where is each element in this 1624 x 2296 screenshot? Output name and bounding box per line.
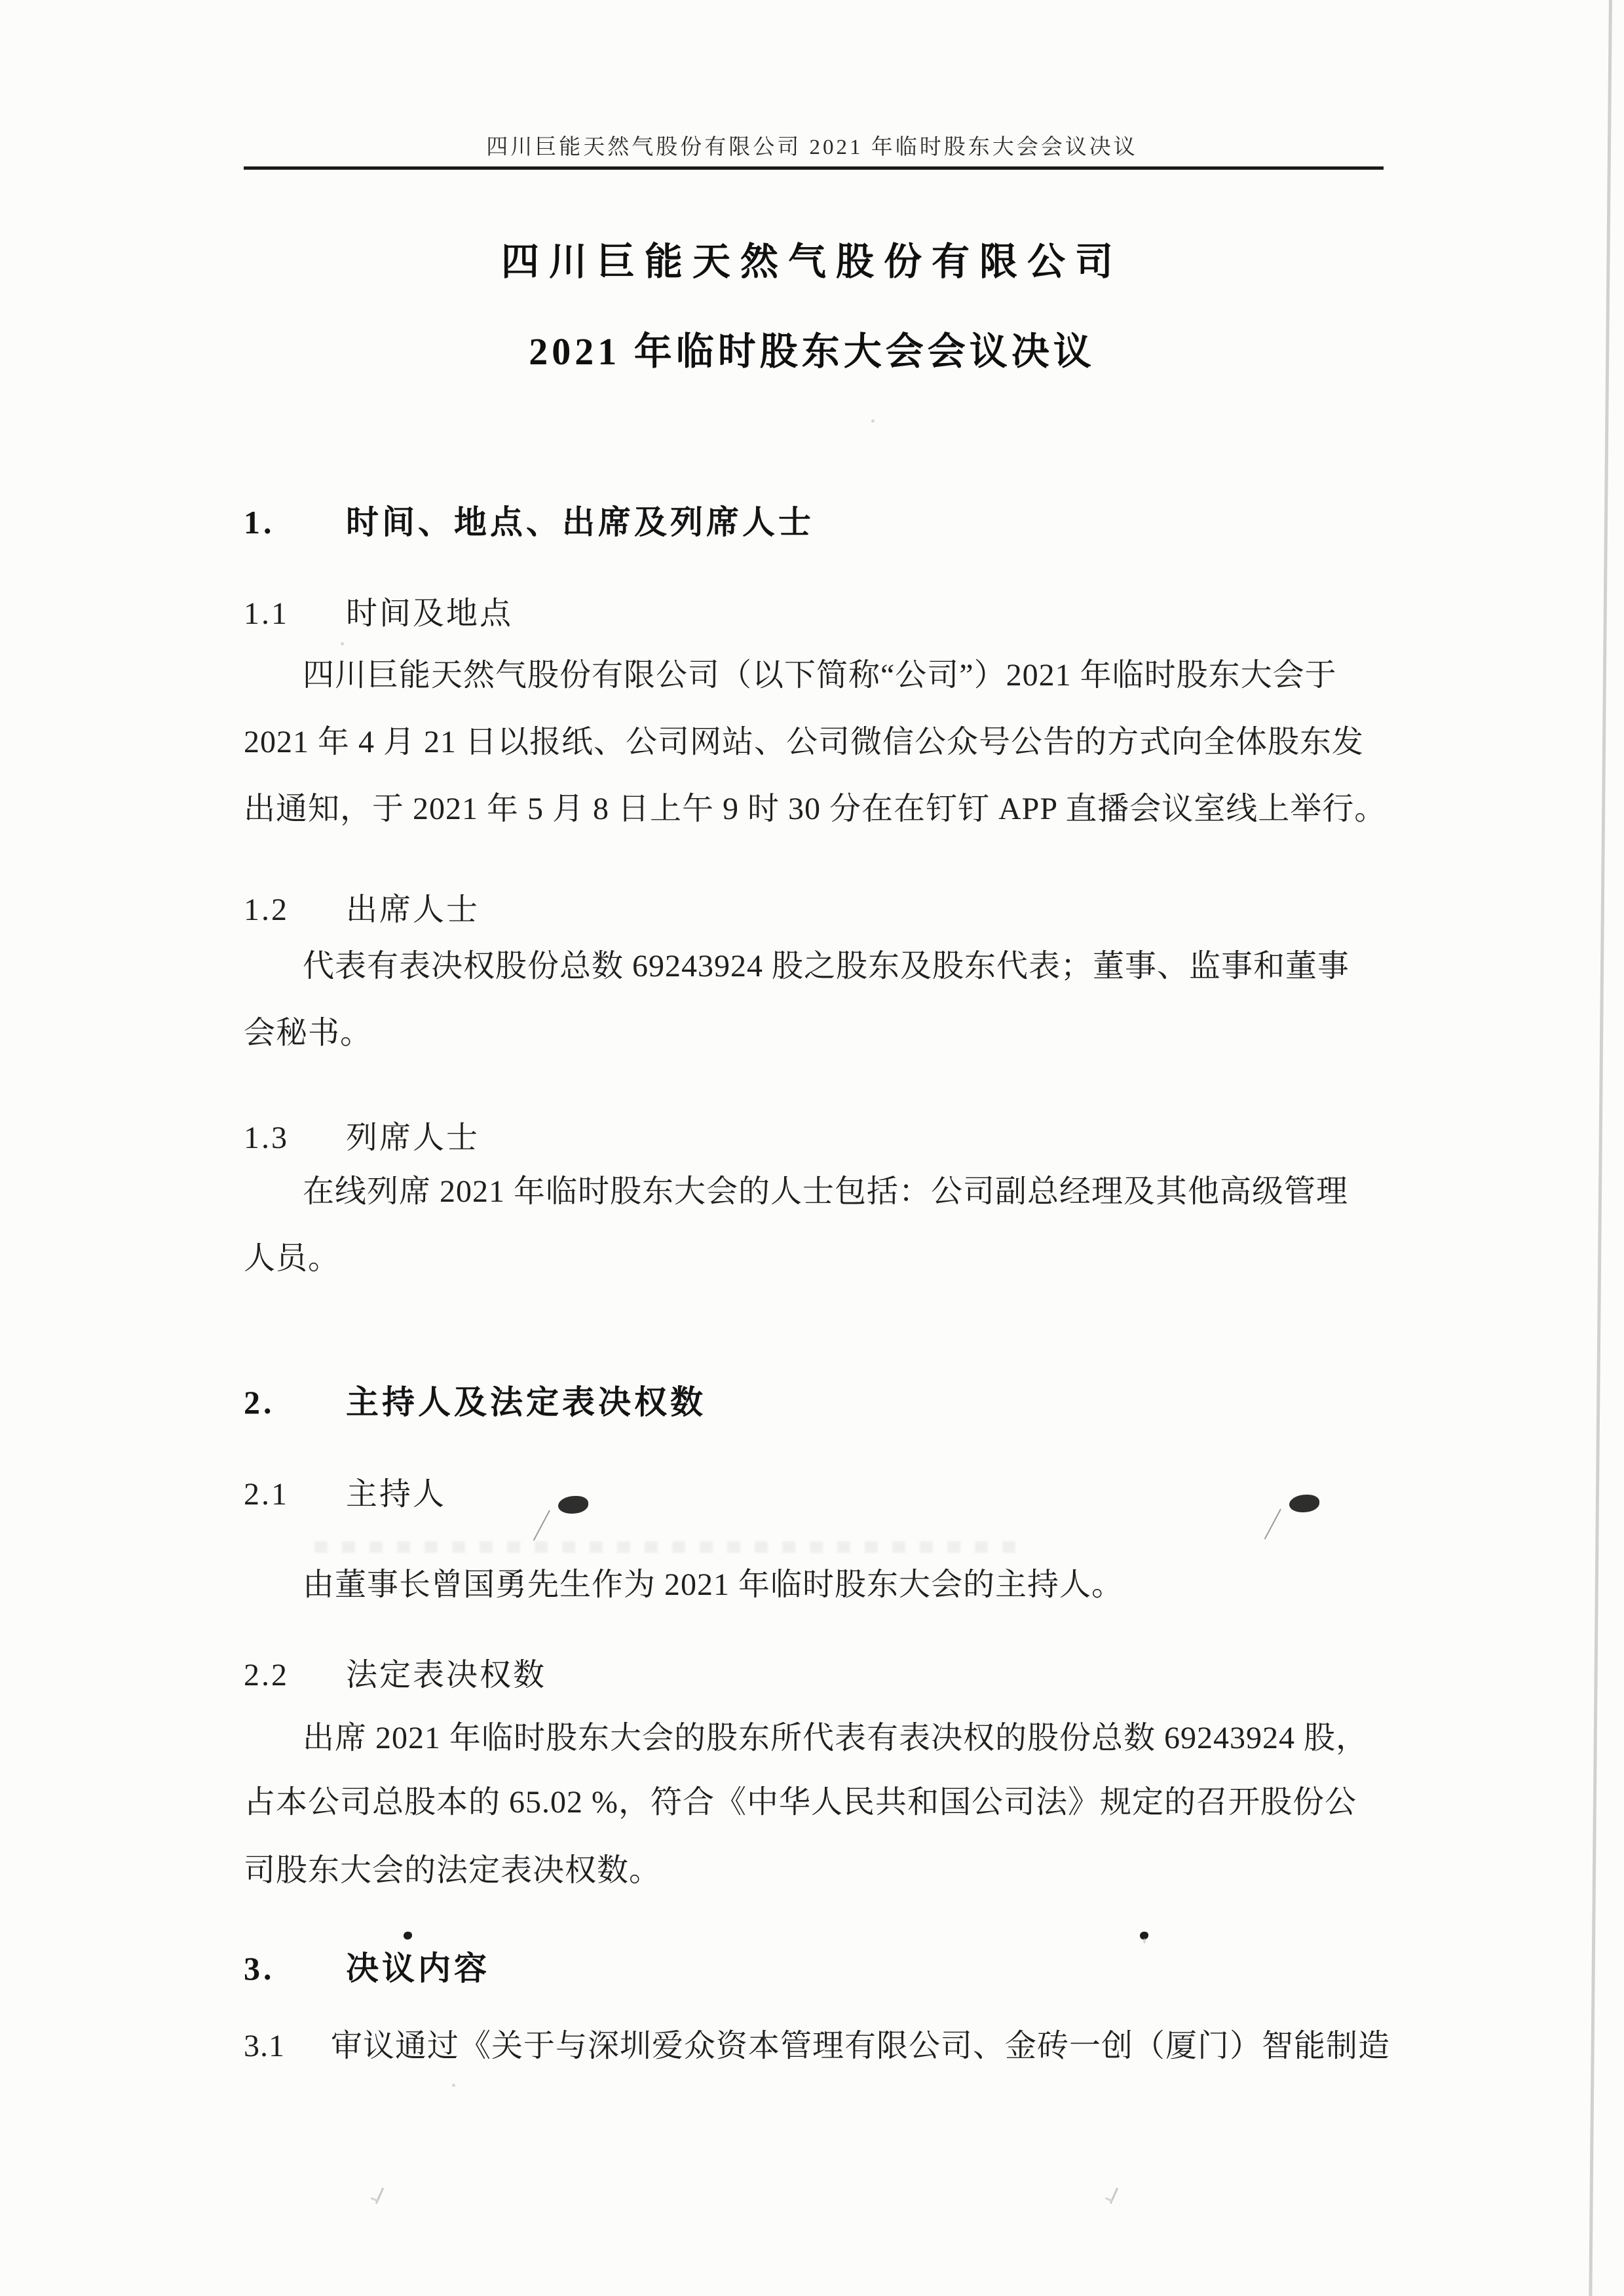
section-3-1-line: 3.1审议通过《关于与深圳爱众资本管理有限公司、金砖一创（厦门）智能制造 <box>244 2026 1390 2067</box>
faint-mark <box>1110 2188 1118 2204</box>
section-2-1-heading: 2.1主持人 <box>244 1468 446 1514</box>
speck <box>452 2084 455 2087</box>
section-1-3-number: 1.3 <box>244 1120 346 1156</box>
ink-smudge <box>1289 1495 1319 1512</box>
paragraph-line: 四川巨能天然气股份有限公司（以下简称“公司”）2021 年临时股东大会于 <box>303 655 1337 696</box>
section-2-2-heading: 2.2法定表决权数 <box>244 1649 546 1694</box>
speck <box>1143 1938 1146 1943</box>
ink-smudge <box>558 1496 588 1514</box>
section-2-2-number: 2.2 <box>244 1657 346 1693</box>
section-1-number: 1. <box>244 503 346 541</box>
section-1-heading: 1.时间、地点、出席及列席人士 <box>244 496 814 543</box>
running-header: 四川巨能天然气股份有限公司 2021 年临时股东大会会议决议 <box>0 130 1624 161</box>
header-rule <box>244 166 1384 170</box>
paragraph-line: 出席 2021 年临时股东大会的股东所代表有表决权的股份总数 69243924 … <box>303 1718 1368 1759</box>
section-2-number: 2. <box>244 1383 346 1421</box>
paragraph-line: 占本公司总股本的 65.02 %，符合《中华人民共和国公司法》规定的召开股份公 <box>244 1782 1357 1823</box>
paragraph-line: 司股东大会的法定表决权数。 <box>244 1850 661 1891</box>
section-2-2-title: 法定表决权数 <box>346 1658 546 1693</box>
section-3-number: 3. <box>244 1949 346 1987</box>
paragraph-line: 会秘书。 <box>244 1013 372 1054</box>
paragraph-line: 在线列席 2021 年临时股东大会的人士包括：公司副总经理及其他高级管理 <box>303 1172 1348 1212</box>
page-bleed-through <box>314 1541 1022 1553</box>
speck <box>871 419 875 423</box>
section-3-heading: 3.决议内容 <box>244 1942 490 1989</box>
section-1-1-title: 时间及地点 <box>346 596 513 631</box>
section-1-3-heading: 1.3列席人士 <box>244 1112 480 1157</box>
section-1-1-heading: 1.1时间及地点 <box>244 588 513 633</box>
section-1-2-title: 出席人士 <box>346 892 480 927</box>
section-2-1-title: 主持人 <box>346 1477 446 1512</box>
section-3-title: 决议内容 <box>346 1950 490 1987</box>
section-2-heading: 2.主持人及法定表决权数 <box>244 1376 706 1423</box>
section-2-title: 主持人及法定表决权数 <box>346 1384 706 1421</box>
document-page: 四川巨能天然气股份有限公司 2021 年临时股东大会会议决议 四川巨能天然气股份… <box>0 0 1624 2296</box>
paragraph-line: 2021 年 4 月 21 日以报纸、公司网站、公司微信公众号公告的方式向全体股… <box>244 722 1364 763</box>
document-subtitle: 2021 年临时股东大会会议决议 <box>0 320 1624 375</box>
section-1-3-title: 列席人士 <box>346 1120 480 1155</box>
section-1-1-number: 1.1 <box>244 596 346 632</box>
paragraph-line: 人员。 <box>244 1238 340 1279</box>
section-1-2-number: 1.2 <box>244 892 346 928</box>
paragraph-line: 代表有表决权股份总数 69243924 股之股东及股东代表；董事、监事和董事 <box>303 946 1350 987</box>
section-1-2-heading: 1.2出席人士 <box>244 884 480 929</box>
faint-mark <box>375 2188 384 2204</box>
paragraph-line: 出通知，于 2021 年 5 月 8 日上午 9 时 30 分在在钉钉 APP … <box>244 789 1386 830</box>
section-2-1-number: 2.1 <box>244 1476 346 1512</box>
paragraph-line: 由董事长曾国勇先生作为 2021 年临时股东大会的主持人。 <box>303 1565 1124 1605</box>
section-3-1-number: 3.1 <box>244 2026 331 2067</box>
speck <box>341 642 344 645</box>
section-3-1-text: 审议通过《关于与深圳爱众资本管理有限公司、金砖一创（厦门）智能制造 <box>331 2029 1390 2063</box>
document-title: 四川巨能天然气股份有限公司 <box>0 231 1624 286</box>
section-1-title: 时间、地点、出席及列席人士 <box>346 504 814 541</box>
ink-dot <box>404 1932 412 1940</box>
